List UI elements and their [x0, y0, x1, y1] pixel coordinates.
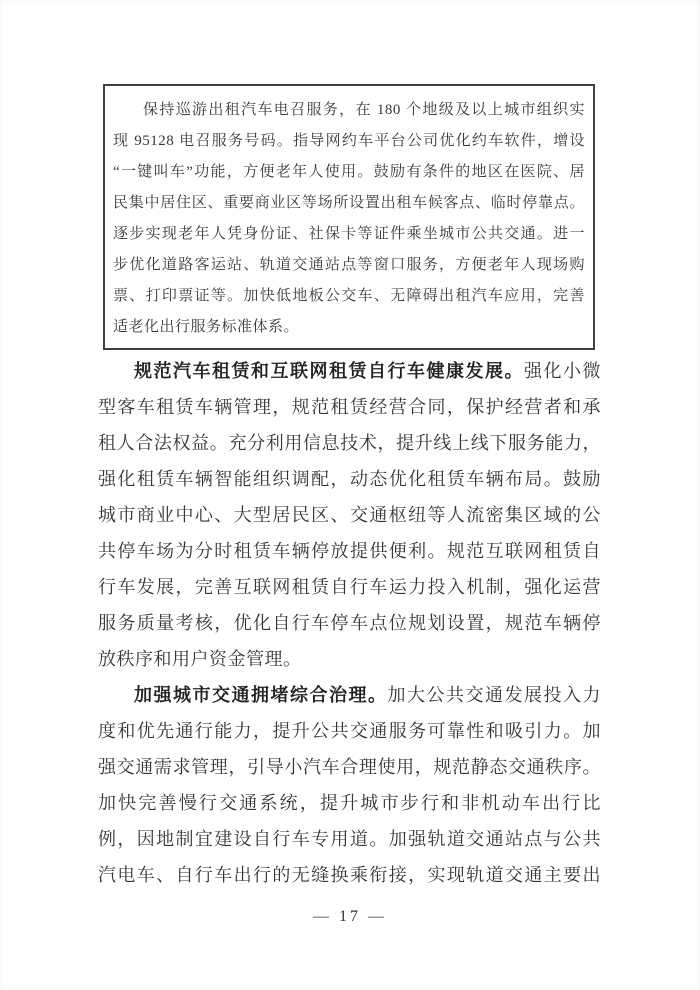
- box-line: “一键叫车”功能，方便老年人使用。鼓励有条件的地区在医院、居: [113, 157, 585, 188]
- box-line: 民集中居住区、重要商业区等场所设置出租车候客点、临时停靠点。: [113, 188, 585, 219]
- paragraph-lead-heading: 加强城市交通拥堵综合治理。: [134, 685, 388, 705]
- paragraph-line: 规范汽车租赁和互联网租赁自行车健康发展。强化小微: [98, 353, 601, 389]
- paragraph-line: 强交通需求管理，引导小汽车合理使用，规范静态交通秩序。: [98, 749, 601, 785]
- paragraph-line: 汽电车、自行车出行的无缝换乘衔接，实现轨道交通主要出: [98, 857, 601, 893]
- callout-box: 保持巡游出租汽车电召服务，在 180 个地级及以上城市组织实 现 95128 电…: [103, 84, 595, 350]
- paragraph-line: 租人合法权益。充分利用信息技术，提升线上线下服务能力，: [98, 425, 601, 461]
- body-text: 规范汽车租赁和互联网租赁自行车健康发展。强化小微 型客车租赁车辆管理，规范租赁经…: [98, 353, 601, 893]
- box-line: 逐步实现老年人凭身份证、社保卡等证件乘坐城市公共交通。进一: [113, 219, 585, 250]
- box-line: 现 95128 电召服务号码。指导网约车平台公司优化约车软件，增设: [113, 126, 585, 157]
- paragraph-line: 加快完善慢行交通系统，提升城市步行和非机动车出行比: [98, 785, 601, 821]
- box-line: 票、打印票证等。加快低地板公交车、无障碍出租汽车应用，完善: [113, 281, 585, 312]
- paragraph-line: 度和优先通行能力，提升公共交通服务可靠性和吸引力。加: [98, 713, 601, 749]
- paragraph-line: 共停车场为分时租赁车辆停放提供便利。规范互联网租赁自: [98, 533, 601, 569]
- paragraph-line: 型客车租赁车辆管理，规范租赁经营合同，保护经营者和承: [98, 389, 601, 425]
- paragraph-congestion: 加强城市交通拥堵综合治理。加大公共交通发展投入力 度和优先通行能力，提升公共交通…: [98, 677, 601, 893]
- paragraph-line: 强化租赁车辆智能组织调配，动态优化租赁车辆布局。鼓励: [98, 461, 601, 497]
- page-number: — 17 —: [0, 908, 700, 926]
- paragraph-line: 放秩序和用户资金管理。: [98, 641, 601, 677]
- paragraph-line: 行车发展，完善互联网租赁自行车运力投入机制，强化运营: [98, 569, 601, 605]
- paragraph-lead-rest: 强化小微: [524, 361, 601, 381]
- box-line: 适老化出行服务标准体系。: [113, 312, 585, 343]
- paragraph-lead-rest: 加大公共交通发展投入力: [388, 685, 602, 705]
- box-line: 步优化道路客运站、轨道交通站点等窗口服务，方便老年人现场购: [113, 250, 585, 281]
- document-page: 保持巡游出租汽车电召服务，在 180 个地级及以上城市组织实 现 95128 电…: [0, 0, 700, 990]
- paragraph-lead-heading: 规范汽车租赁和互联网租赁自行车健康发展。: [134, 361, 524, 381]
- paragraph-line: 服务质量考核，优化自行车停车点位规划设置，规范车辆停: [98, 605, 601, 641]
- box-line: 保持巡游出租汽车电召服务，在 180 个地级及以上城市组织实: [113, 95, 585, 126]
- paragraph-line: 加强城市交通拥堵综合治理。加大公共交通发展投入力: [98, 677, 601, 713]
- paragraph-rental: 规范汽车租赁和互联网租赁自行车健康发展。强化小微 型客车租赁车辆管理，规范租赁经…: [98, 353, 601, 677]
- paragraph-line: 城市商业中心、大型居民区、交通枢纽等人流密集区域的公: [98, 497, 601, 533]
- paragraph-line: 例，因地制宜建设自行车专用道。加强轨道交通站点与公共: [98, 821, 601, 857]
